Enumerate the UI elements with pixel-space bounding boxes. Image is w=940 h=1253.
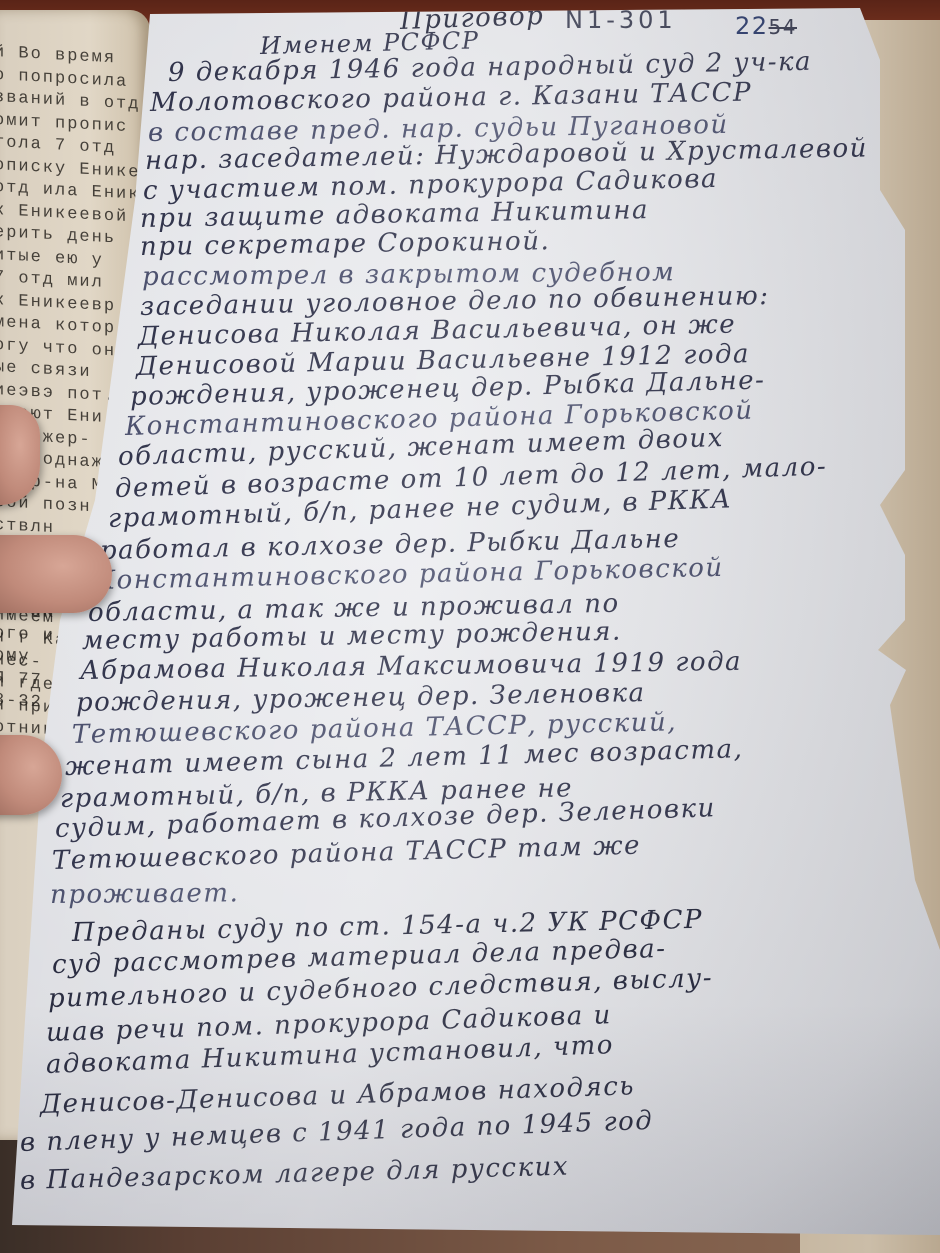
handwritten-verdict-sheet: Приговор N1-301 2254 Именем РСФСР 9 дека…	[0, 0, 940, 1253]
page-number-struck: 54	[769, 15, 797, 39]
document-photo: й Во времяо попросилазваний в отдомит пр…	[0, 0, 940, 1253]
page-number-current: 22	[735, 12, 769, 40]
page-number: 2254	[735, 12, 797, 40]
verdict-line: в Пандезарском лагере для русских	[20, 1152, 570, 1196]
verdict-line: проживает.	[50, 878, 240, 910]
finger	[0, 535, 112, 613]
verdict-line: при секретаре Сорокиной.	[140, 226, 551, 262]
